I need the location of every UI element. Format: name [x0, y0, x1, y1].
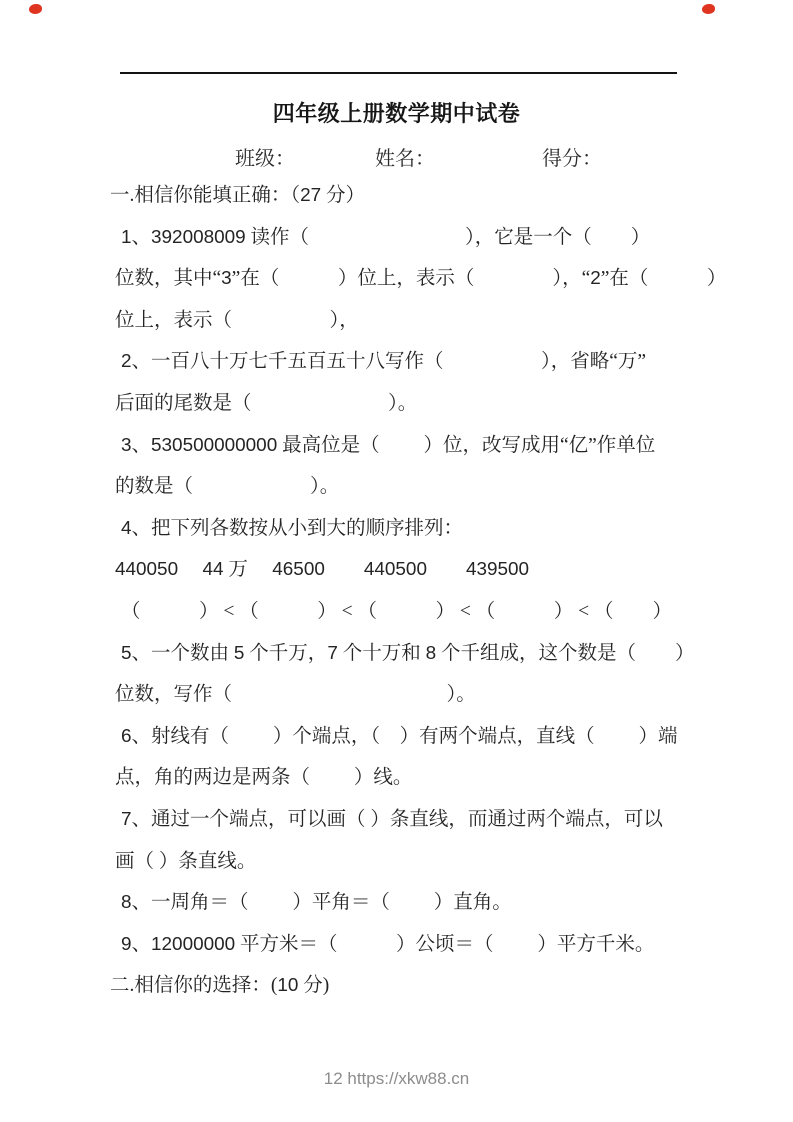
q7-line-2: 画（ ）条直线。 — [108, 841, 708, 883]
page-title: 四年级上册数学期中试卷 — [0, 101, 793, 127]
q5-line-2: 位数，写作（ ）。 — [108, 674, 708, 716]
q1-line-3: 位上，表示（ ）， — [108, 300, 708, 342]
header-divider — [120, 72, 677, 74]
q1-line-1: 1、392008009 读作（ ），它是一个（ ） — [108, 217, 708, 259]
q2-line-2: 后面的尾数是（ ）。 — [108, 383, 708, 425]
q5-line-1: 5、一个数由 5 个千万，7 个十万和 8 个千组成，这个数是（ ） — [108, 633, 708, 675]
q8-line: 8、一周角＝（ ）平角＝（ ）直角。 — [108, 882, 708, 924]
footer-page-number-url: 12 https://xkw88.cn — [0, 1068, 793, 1090]
q4-answer-blanks: （ ） < （ ） < （ ） < （ ） < （ ） — [108, 591, 708, 633]
q6-line-1: 6、射线有（ ）个端点，（ ）有两个端点，直线（ ）端 — [108, 716, 708, 758]
q2-line-1: 2、一百八十万七千五百五十八写作（ ），省略“万” — [108, 341, 708, 383]
q4-prompt: 4、把下列各数按从小到大的顺序排列： — [108, 508, 708, 550]
student-info-row: 班级： 姓名： 得分： — [0, 146, 793, 172]
red-mark-left-icon — [29, 4, 42, 14]
q7-line-1: 7、通过一个端点，可以画（ ）条直线，而通过两个端点，可以 — [108, 799, 708, 841]
score-field-label: 得分： — [542, 146, 602, 172]
section-2-heading: 二.相信你的选择：(10 分) — [108, 965, 708, 1007]
section-1-heading: 一.相信你能填正确：（27 分） — [108, 175, 708, 217]
exam-body: 一.相信你能填正确：（27 分） 1、392008009 读作（ ），它是一个（… — [108, 175, 708, 1007]
red-mark-right-icon — [702, 4, 715, 14]
q3-line-2: 的数是（ ）。 — [108, 466, 708, 508]
q6-line-2: 点，角的两边是两条（ ）线。 — [108, 757, 708, 799]
name-field-label: 姓名： — [375, 146, 435, 172]
q4-number-list: 440050 44 万 46500 440500 439500 — [108, 549, 708, 591]
exam-page: 四年级上册数学期中试卷 班级： 姓名： 得分： 一.相信你能填正确：（27 分）… — [0, 0, 793, 1122]
q9-line: 9、12000000 平方米＝（ ）公顷＝（ ）平方千米。 — [108, 924, 708, 966]
class-field-label: 班级： — [235, 146, 295, 172]
q1-line-2: 位数，其中“3”在（ ）位上，表示（ ），“2”在（ ） — [108, 258, 708, 300]
q3-line-1: 3、530500000000 最高位是（ ）位，改写成用“亿”作单位 — [108, 425, 708, 467]
